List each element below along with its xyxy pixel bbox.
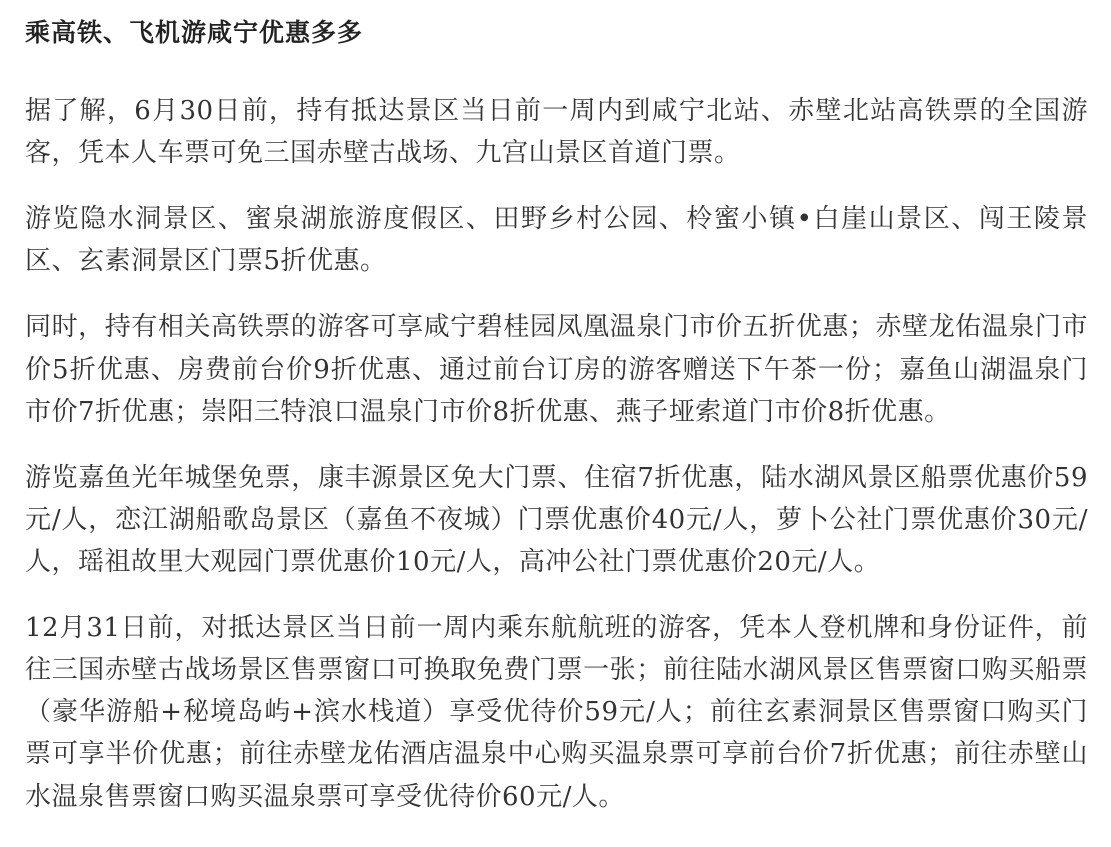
paragraph-hot-spring-discounts: 同时，持有相关高铁票的游客可享咸宁碧桂园凤凰温泉门市价五折优惠；赤壁龙佑温泉门市… <box>25 306 1088 432</box>
paragraph-half-price-scenic-areas: 游览隐水洞景区、蜜泉湖旅游度假区、田野乡村公园、柃蜜小镇•白崖山景区、闯王陵景区… <box>25 198 1088 282</box>
paragraph-hsr-free-tickets: 据了解，6月30日前，持有抵达景区当日前一周内到咸宁北站、赤壁北站高铁票的全国游… <box>25 90 1088 174</box>
paragraph-china-eastern-flight-offers: 12月31日前，对抵达景区当日前一周内乘东航航班的游客，凭本人登机牌和身份证件，… <box>25 607 1088 818</box>
paragraph-jiayu-attraction-prices: 游览嘉鱼光年城堡免票，康丰源景区免大门票、住宿7折优惠，陆水湖风景区船票优惠价5… <box>25 457 1088 583</box>
article-page: 乘高铁、飞机游咸宁优惠多多 据了解，6月30日前，持有抵达景区当日前一周内到咸宁… <box>0 0 1111 847</box>
article-title: 乘高铁、飞机游咸宁优惠多多 <box>25 18 1088 48</box>
